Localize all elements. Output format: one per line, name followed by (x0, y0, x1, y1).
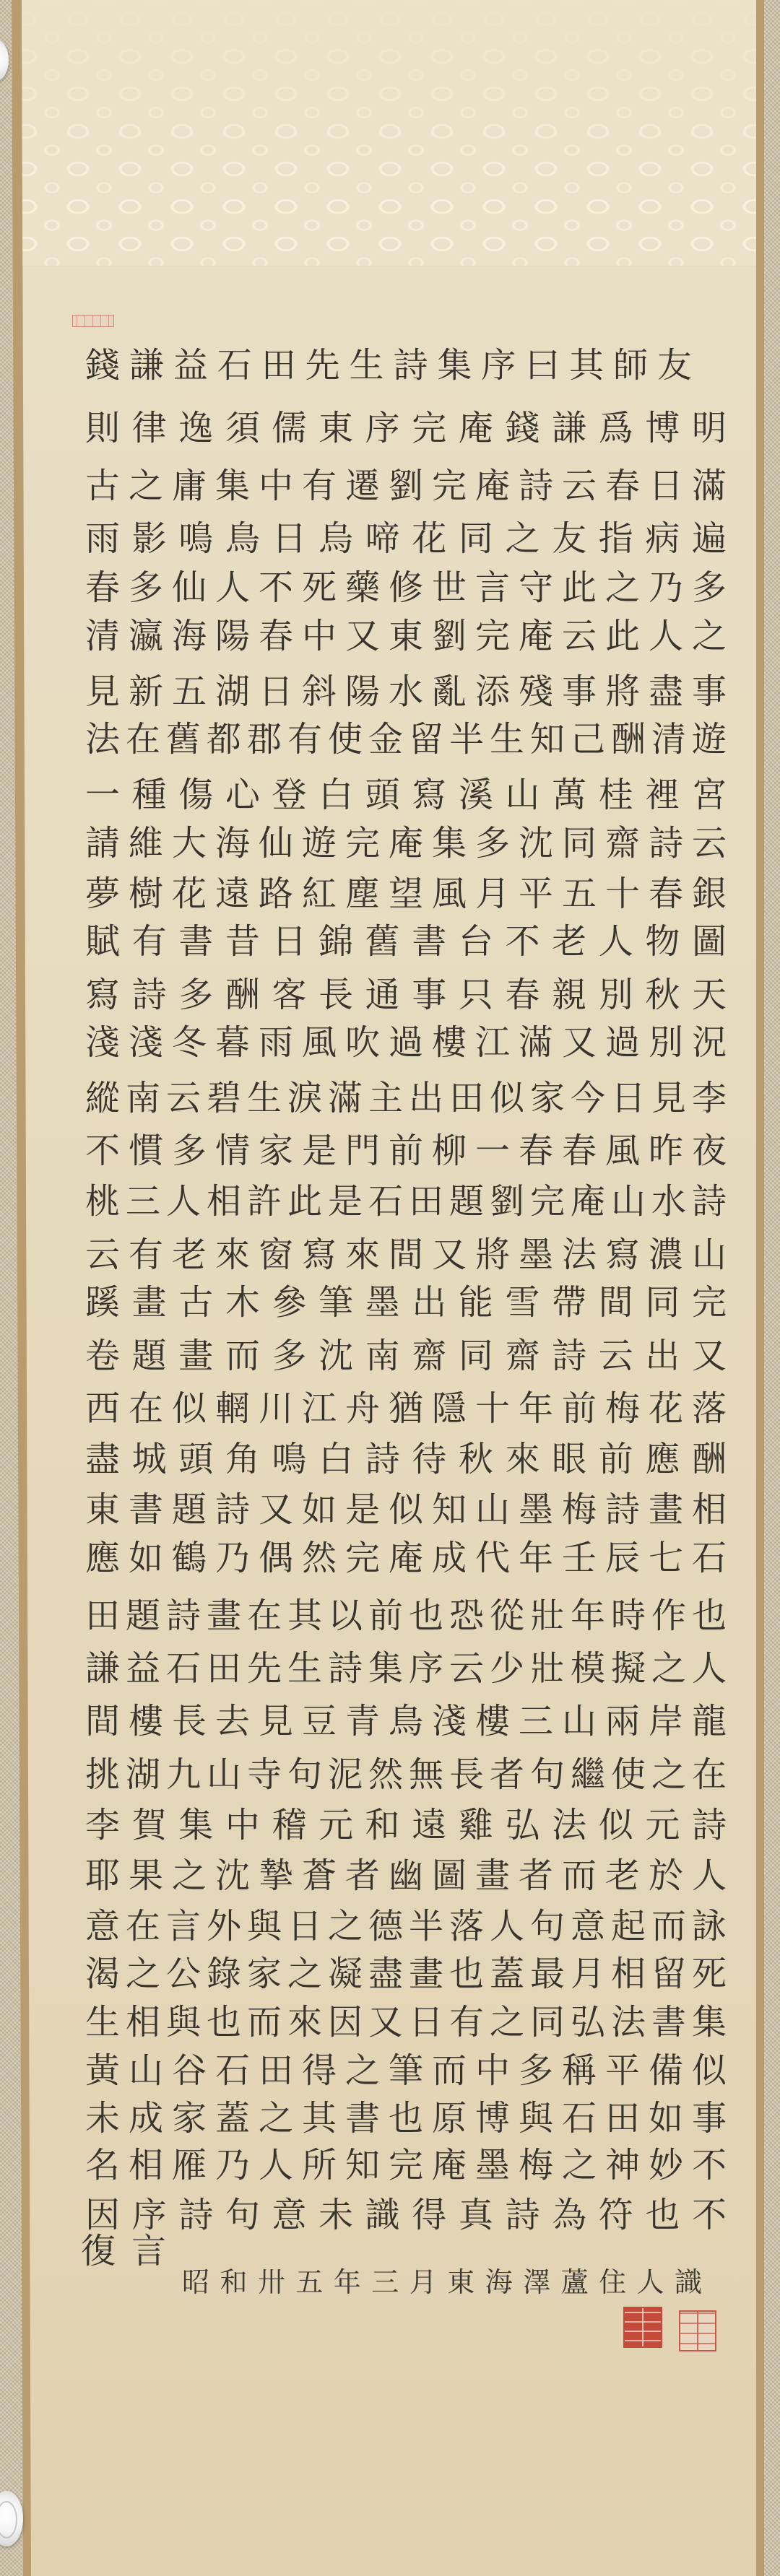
calligraphy-line: 耶果之沈摯蒼者幽圖畫者而老於人 (85, 1855, 728, 1897)
calligraphy-line: 賦有書昔日錦舊書台不老人物圖 (85, 921, 728, 962)
artist-signature: 昭和卅五年三月東海澤蘆住人識 (182, 2266, 702, 2299)
calligraphy-line: 應如鶴乃偶然完庵成代年壬辰七石 (85, 1537, 728, 1579)
calligraphy-line: 錢謙益石田先生詩集序曰其師友 (85, 344, 693, 386)
calligraphy-line: 謙益石田先生詩集序云少壯模擬之人 (85, 1648, 728, 1689)
calligraphy-line: 則律逸須儒東序完庵錢謙爲博明 (85, 407, 728, 449)
calligraphy-line: 夢樹花遠路紅塵望風月平五十春銀 (85, 873, 728, 915)
calligraphy-line: 淺淺冬暮雨風吹過樓江滿又過別況 (85, 1022, 728, 1063)
calligraphy-line: 蹊畫古木參筆墨出能雪帶間同完 (85, 1282, 728, 1323)
calligraphy-line: 名相雁乃人所知完庵墨梅之神妙不 (85, 2144, 728, 2186)
calligraphy-line: 春多仙人不死藥修世言守此之乃多 (85, 567, 728, 609)
scroll-knob-icon (0, 40, 9, 81)
scroll-knob-icon (0, 2491, 23, 2546)
calligraphy-line: 李賀集中稽元和遠雞弘法似元詩 (85, 1804, 728, 1846)
calligraphy-line: 雨影鳴鳥日烏啼花同之友指病遍 (85, 518, 728, 560)
artist-seal-icon (679, 2310, 716, 2351)
calligraphy-line: 卷題畫而多沈南齋同齋詩云出又 (85, 1335, 728, 1377)
calligraphy-line: 東書題詩又如是似知山墨梅詩畫相 (85, 1489, 728, 1531)
calligraphy-line: 云有老來窗寫來間又將墨法寫濃山 (85, 1234, 728, 1276)
calligraphy-line: 桃三人相許此是石田題劉完庵山水詩 (85, 1180, 728, 1222)
calligraphy-line: 一種傷心登白頭寫溪山萬桂裡宮 (85, 774, 728, 816)
calligraphy-line: 挑湖九山寺句泥然無長者句繼使之在 (85, 1754, 728, 1796)
calligraphy-line: 生相與也而來因又日有之同弘法書集 (85, 2001, 728, 2043)
calligraphy-line: 古之庸集中有遷劉完庵詩云春日滿 (85, 465, 728, 507)
scroll-panel: 錢謙益石田先生詩集序曰其師友 則律逸須儒東序完庵錢謙爲博明 古之庸集中有遷劉完庵… (0, 0, 780, 2576)
calligraphy-line: 見新五湖日斜陽水亂添殘事將盡事 (85, 671, 728, 713)
lead-seal-icon (72, 315, 114, 327)
calligraphy-line: 縱南云碧生淚滿主出田似家今日見李 (85, 1077, 728, 1119)
calligraphy-line: 渴之公錄家之凝盡畫也蓋最月相留死 (85, 1953, 728, 1995)
calligraphy-line: 黃山谷石田得之筆而中多稱平備似 (85, 2050, 728, 2092)
calligraphy-line: 意在言外與日之德半落人句意起而詠 (85, 1905, 728, 1947)
calligraphy-line: 未成家蓋之其書也原博與石田如事 (85, 2097, 728, 2139)
calligraphy-line: 不慣多情家是門前柳一春春風昨夜 (85, 1130, 728, 1172)
silk-top-mounting (0, 0, 780, 266)
calligraphy-line: 間樓長去見豆青鳥淺樓三山兩岸龍 (85, 1700, 728, 1742)
calligraphy-line: 請維大海仙遊完庵集多沈同齋詩云 (85, 822, 728, 864)
calligraphy-line: 寫詩多酬客長通事只春親別秋天 (85, 974, 728, 1016)
cloud-pattern (0, 0, 780, 266)
calligraphy-line: 田題詩畫在其以前也恐從壯年時作也 (85, 1595, 728, 1637)
calligraphy-line: 盡城頭角鳴白詩待秋來眼前應酬 (85, 1438, 728, 1480)
calligraphy-line: 西在似輞川江舟猶隱十年前梅花落 (85, 1388, 728, 1430)
calligraphy-line: 法在舊都郡有使金留半生知己酬清遊 (85, 718, 728, 760)
calligraphy-line: 清瀛海陽春中又東劉完庵云此人之 (85, 615, 728, 657)
artist-seal-icon (623, 2307, 662, 2348)
